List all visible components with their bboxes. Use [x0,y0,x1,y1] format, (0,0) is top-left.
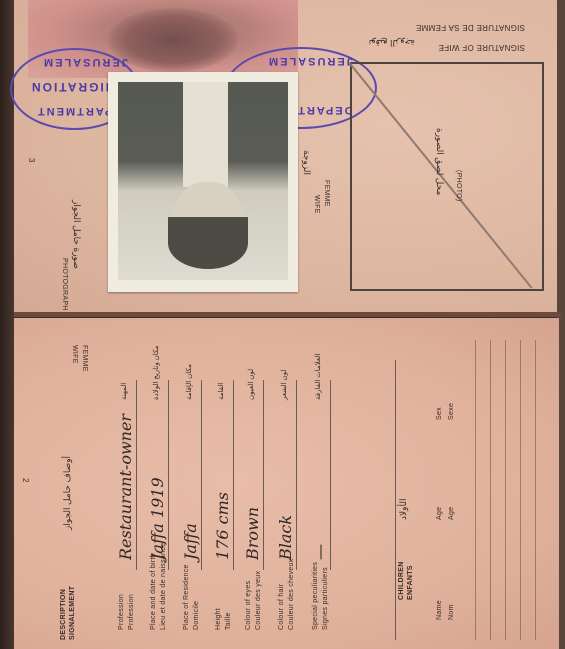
children-label: CHILDREN [398,561,405,600]
field-label-fr: Profession [128,594,135,630]
passport-spine [14,312,561,317]
field-value: Jaffa [181,523,200,560]
field-label: Colour of eyes [245,581,252,630]
wife-label-fr: FEMME [323,180,330,207]
field-label-fr: Taille [225,612,232,630]
page-number-2: 2 [21,478,30,483]
field-label: Profession [118,594,125,630]
children-row-line [490,340,491,640]
photo-hair [168,217,248,269]
field-underline [263,380,264,570]
children-col-age: Age [436,507,443,520]
field-underline [168,380,169,570]
field-label-ar: مكان وتاريخ الولادة [152,345,160,400]
field-value: Black [276,515,295,560]
stamp-text: JERUSALEM [267,55,353,67]
field-label-fr: Couleur des cheveux [288,559,295,630]
children-label-ar: الأولاد [398,499,409,520]
field-label-fr: Signes particuliers [322,567,329,630]
field-underline [136,380,137,570]
field-label-ar: العلامات الفارقة [314,354,322,400]
children-col-name-fr: Nom [448,604,455,620]
children-label-fr: ENFANTS [407,565,414,600]
children-col-sex-fr: Sexe [448,403,455,420]
field-value: 176 cms [213,492,232,560]
children-col-name: Name [436,600,443,620]
column-divider [395,360,396,640]
field-label: Colour of hair [278,584,285,630]
field-value: — [310,544,329,560]
field-label-fr: Domicile [193,601,200,630]
photo-of-bearer-label-ar: صورة حامل الجواز [71,200,82,269]
field-value: Jaffa 1919 [148,477,167,560]
description-header-ar: أوصاف حامل الجواز [62,456,73,530]
bearer-photograph [108,72,298,292]
signature-of-wife-label: SIGNATURE OF WIFE [438,43,525,52]
wife-label-ar: الزوجة [301,150,312,175]
children-col-sex: Sex [436,407,443,420]
signature-of-wife-label-fr: SIGNATURE DE SA FEMME [416,23,525,32]
page-number-3: 3 [27,158,36,163]
field-label-ar: القامة [217,383,225,400]
wife-photo-label: (PHOTO) [455,170,462,202]
field-label: Place and date of birth [150,553,157,630]
field-label: Special peculiarities [312,562,319,630]
photo-collar [183,82,228,187]
children-row-line [520,340,521,640]
field-label: Height [215,608,222,630]
signature-of-wife-label-ar: توقيع الزوجة [369,37,415,48]
field-label-ar: لون العيون [247,369,255,400]
children-row-line [505,340,506,640]
description-header-fr: SIGNALEMENT [69,586,76,640]
wife-photo-box [350,62,544,291]
field-label-ar: لون الشعر [280,370,288,400]
field-value: Restaurant-owner [116,414,135,560]
wife-label: WIFE [313,195,320,214]
wife-column-label: WIFE [71,345,78,364]
wife-column-label-fr: FEMME [81,345,88,372]
children-row-line [535,340,536,640]
field-label: Place of Residence [183,564,190,630]
field-underline [330,380,331,570]
stamp-text: JERUSALEM [42,56,128,68]
field-label-ar: مكان الإقامة [185,364,193,400]
field-label-fr: Couleur des yeux [255,571,262,630]
children-row-line [475,340,476,640]
field-underline [201,380,202,570]
field-underline [233,380,234,570]
passport-page-2 [14,318,559,649]
wife-photo-label-ar: محل لصق الصورة [434,128,445,195]
children-col-age-fr: Age [448,507,455,520]
field-underline [296,380,297,570]
description-header: DESCRIPTION [60,589,67,640]
field-label-ar: المهنة [120,383,128,400]
field-value: Brown [243,507,262,560]
